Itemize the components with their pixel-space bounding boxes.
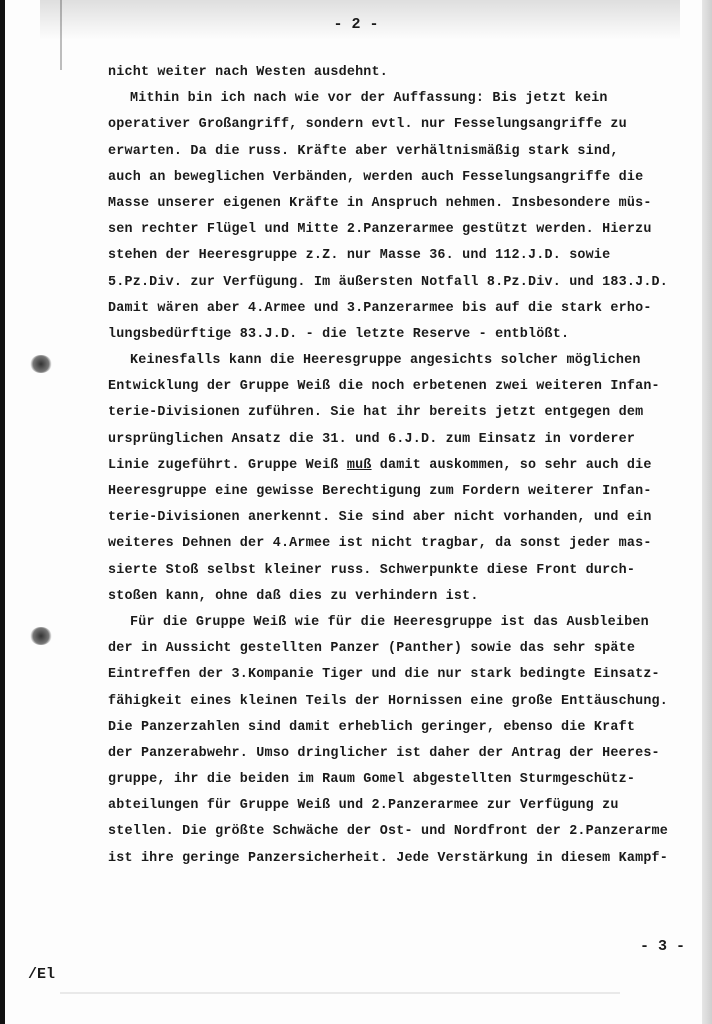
text-line: Entwicklung der Gruppe Weiß die noch erb… xyxy=(108,374,708,400)
text-line: auch an beweglichen Verbänden, werden au… xyxy=(108,165,708,191)
page-number-top: - 2 - xyxy=(0,16,712,33)
text-line: erwarten. Da die russ. Kräfte aber verhä… xyxy=(108,139,708,165)
text-line: stoßen kann, ohne daß dies zu verhindern… xyxy=(108,584,708,610)
punch-hole-icon xyxy=(30,627,52,645)
text-line: lungsbedürftige 83.J.D. - die letzte Res… xyxy=(108,322,708,348)
text-line: der in Aussicht gestellten Panzer (Panth… xyxy=(108,636,708,662)
document-body: nicht weiter nach Westen ausdehnt.Mithin… xyxy=(108,60,708,872)
text-line: Linie zugeführt. Gruppe Weiß muß damit a… xyxy=(108,453,708,479)
text-line: ursprünglichen Ansatz die 31. und 6.J.D.… xyxy=(108,427,708,453)
text-line: ist ihre geringe Panzersicherheit. Jede … xyxy=(108,846,708,872)
text-line: Masse unserer eigenen Kräfte in Anspruch… xyxy=(108,191,708,217)
text-line: abteilungen für Gruppe Weiß und 2.Panzer… xyxy=(108,793,708,819)
text-line: der Panzerabwehr. Umso dringlicher ist d… xyxy=(108,741,708,767)
text-line: weiteres Dehnen der 4.Armee ist nicht tr… xyxy=(108,531,708,557)
text-line: Die Panzerzahlen sind damit erheblich ge… xyxy=(108,715,708,741)
text-line: terie-Divisionen anerkennt. Sie sind abe… xyxy=(108,505,708,531)
text-line: gruppe, ihr die beiden im Raum Gomel abg… xyxy=(108,767,708,793)
text-line: Damit wären aber 4.Armee und 3.Panzerarm… xyxy=(108,296,708,322)
text-line: stellen. Die größte Schwäche der Ost- un… xyxy=(108,819,708,845)
text-line: 5.Pz.Div. zur Verfügung. Im äußersten No… xyxy=(108,270,708,296)
text-line: Mithin bin ich nach wie vor der Auffassu… xyxy=(108,86,708,112)
scan-streak xyxy=(60,992,620,994)
scan-border-left xyxy=(0,0,5,1024)
text-line: terie-Divisionen zuführen. Sie hat ihr b… xyxy=(108,400,708,426)
text-span: damit auskommen, so sehr auch die xyxy=(372,458,652,473)
text-line: Heeresgruppe eine gewisse Berechtigung z… xyxy=(108,479,708,505)
next-page-indicator: - 3 - xyxy=(640,938,685,955)
text-line: Für die Gruppe Weiß wie für die Heeresgr… xyxy=(108,610,708,636)
reference-mark: /El xyxy=(28,966,55,983)
text-line: operativer Großangriff, sondern evtl. nu… xyxy=(108,112,708,138)
text-line: Keinesfalls kann die Heeresgruppe angesi… xyxy=(108,348,708,374)
text-line: sierte Stoß selbst kleiner russ. Schwerp… xyxy=(108,558,708,584)
text-line: fähigkeit eines kleinen Teils der Hornis… xyxy=(108,689,708,715)
underlined-emphasis: muß xyxy=(347,458,372,473)
text-line: nicht weiter nach Westen ausdehnt. xyxy=(108,60,708,86)
punch-hole-icon xyxy=(30,355,52,373)
text-line: sen rechter Flügel und Mitte 2.Panzerarm… xyxy=(108,217,708,243)
text-line: Eintreffen der 3.Kompanie Tiger und die … xyxy=(108,662,708,688)
text-line: stehen der Heeresgruppe z.Z. nur Masse 3… xyxy=(108,243,708,269)
text-span: Linie zugeführt. Gruppe Weiß xyxy=(108,458,347,473)
paper-fold-mark xyxy=(60,0,62,70)
